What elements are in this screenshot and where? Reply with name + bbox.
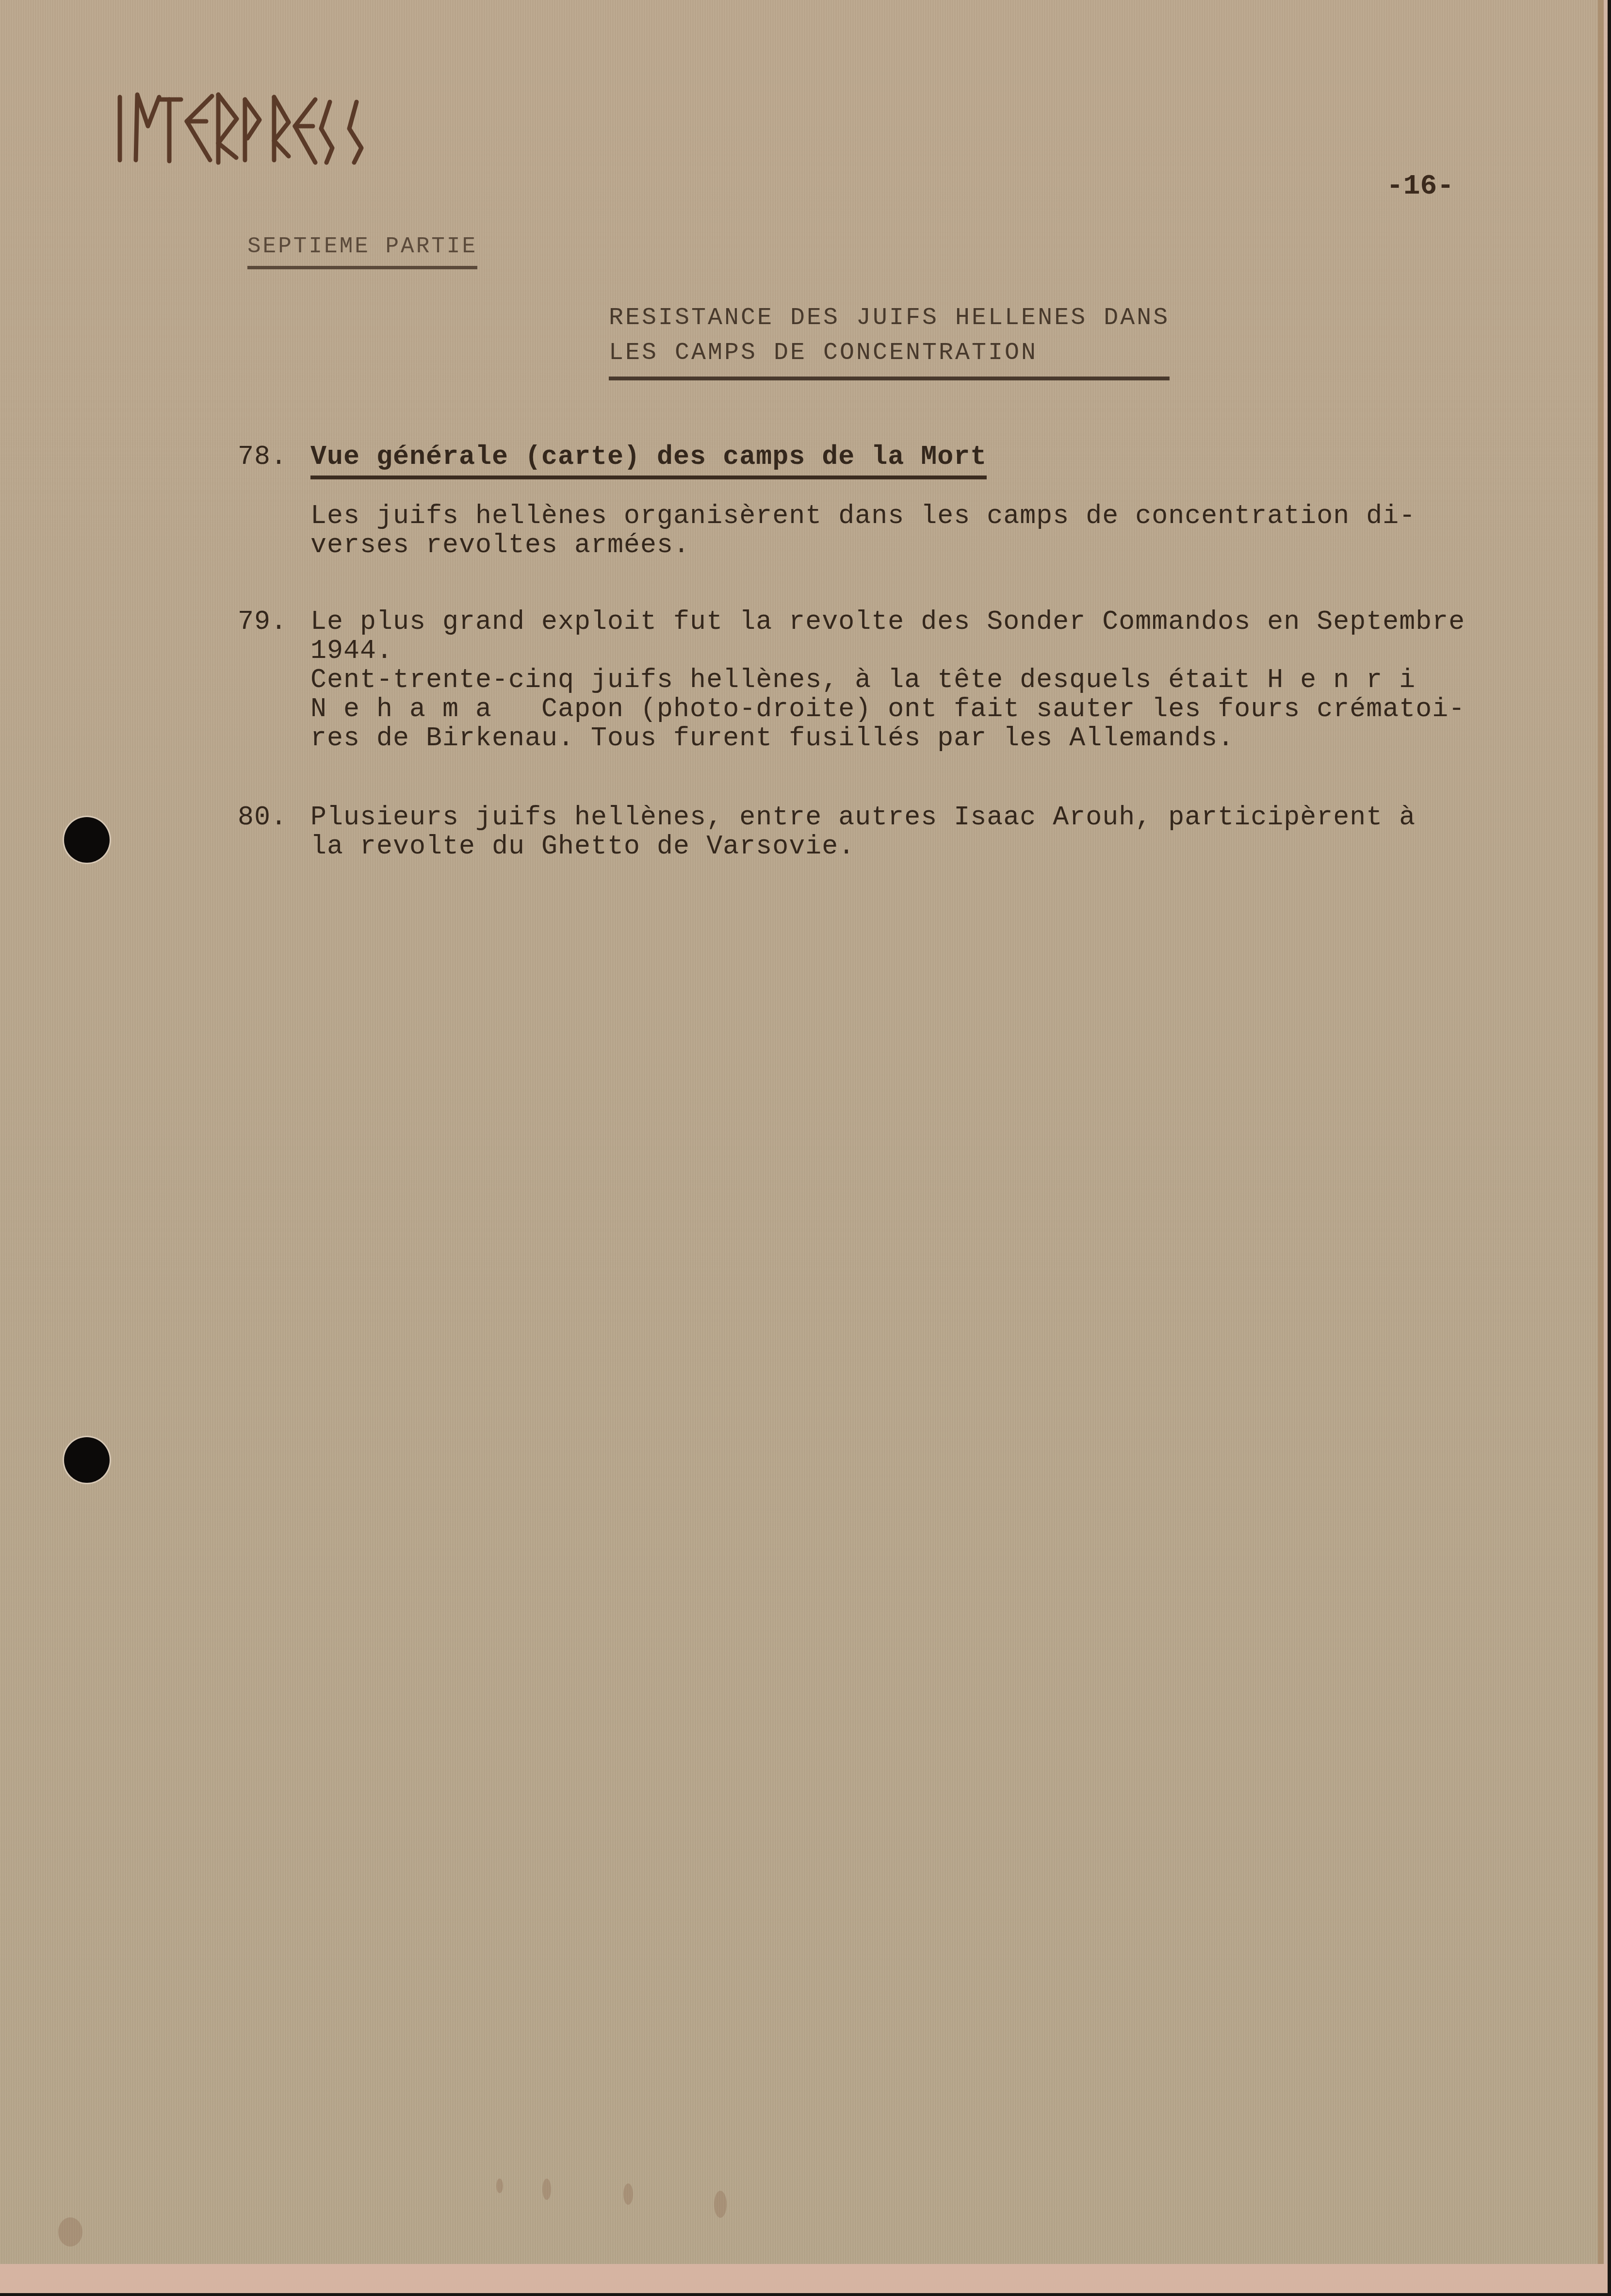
item-79: 79. Le plus grand exploit fut la revolte… xyxy=(238,607,1547,753)
punch-hole xyxy=(64,1437,110,1483)
punch-hole xyxy=(64,817,110,863)
item-text-line: 1944. xyxy=(310,637,1547,666)
item-number: 80. xyxy=(238,803,306,832)
item-number: 78. xyxy=(238,443,306,472)
letterhead-logo xyxy=(109,92,652,165)
item-heading: Vue générale (carte) des camps de la Mor… xyxy=(310,443,987,479)
item-text-line: Les juifs hellènes organisèrent dans les… xyxy=(310,502,1547,531)
paper-stain xyxy=(714,2191,727,2218)
page-right-edge xyxy=(1598,0,1608,2293)
paper-stain xyxy=(496,2179,503,2193)
item-number: 79. xyxy=(238,607,306,637)
item-text-line: res de Birkenau. Tous furent fusillés pa… xyxy=(310,724,1547,753)
part-label: SEPTIEME PARTIE xyxy=(247,232,477,269)
item-text-line: N e h a m a Capon (photo-droite) ont fai… xyxy=(310,695,1547,724)
section-title: RESISTANCE DES JUIFS HELLENES DANS LES C… xyxy=(609,301,1170,380)
document-page: -16- SEPTIEME PARTIE RESISTANCE DES JUIF… xyxy=(0,0,1608,2293)
item-text-line: Le plus grand exploit fut la revolte des… xyxy=(310,607,1547,637)
paper-stain xyxy=(623,2183,633,2205)
paper-stain xyxy=(58,2217,82,2247)
paper-stain xyxy=(542,2179,551,2200)
item-text-line: Plusieurs juifs hellènes, entre autres I… xyxy=(310,803,1547,832)
item-78: 78. Vue générale (carte) des camps de la… xyxy=(238,443,1547,560)
page-number: -16- xyxy=(1386,171,1454,202)
interpress-runic-logo-icon xyxy=(109,92,652,165)
item-80: 80. Plusieurs juifs hellènes, entre autr… xyxy=(238,803,1547,861)
section-title-line-2: LES CAMPS DE CONCENTRATION xyxy=(609,336,1170,371)
item-text-line: verses revoltes armées. xyxy=(310,531,1547,560)
item-text-line: Cent-trente-cinq juifs hellènes, à la tê… xyxy=(310,666,1547,695)
item-text-line: la revolte du Ghetto de Varsovie. xyxy=(310,832,1547,861)
page-bottom-strip xyxy=(0,2264,1608,2293)
section-title-line-1: RESISTANCE DES JUIFS HELLENES DANS xyxy=(609,301,1170,336)
